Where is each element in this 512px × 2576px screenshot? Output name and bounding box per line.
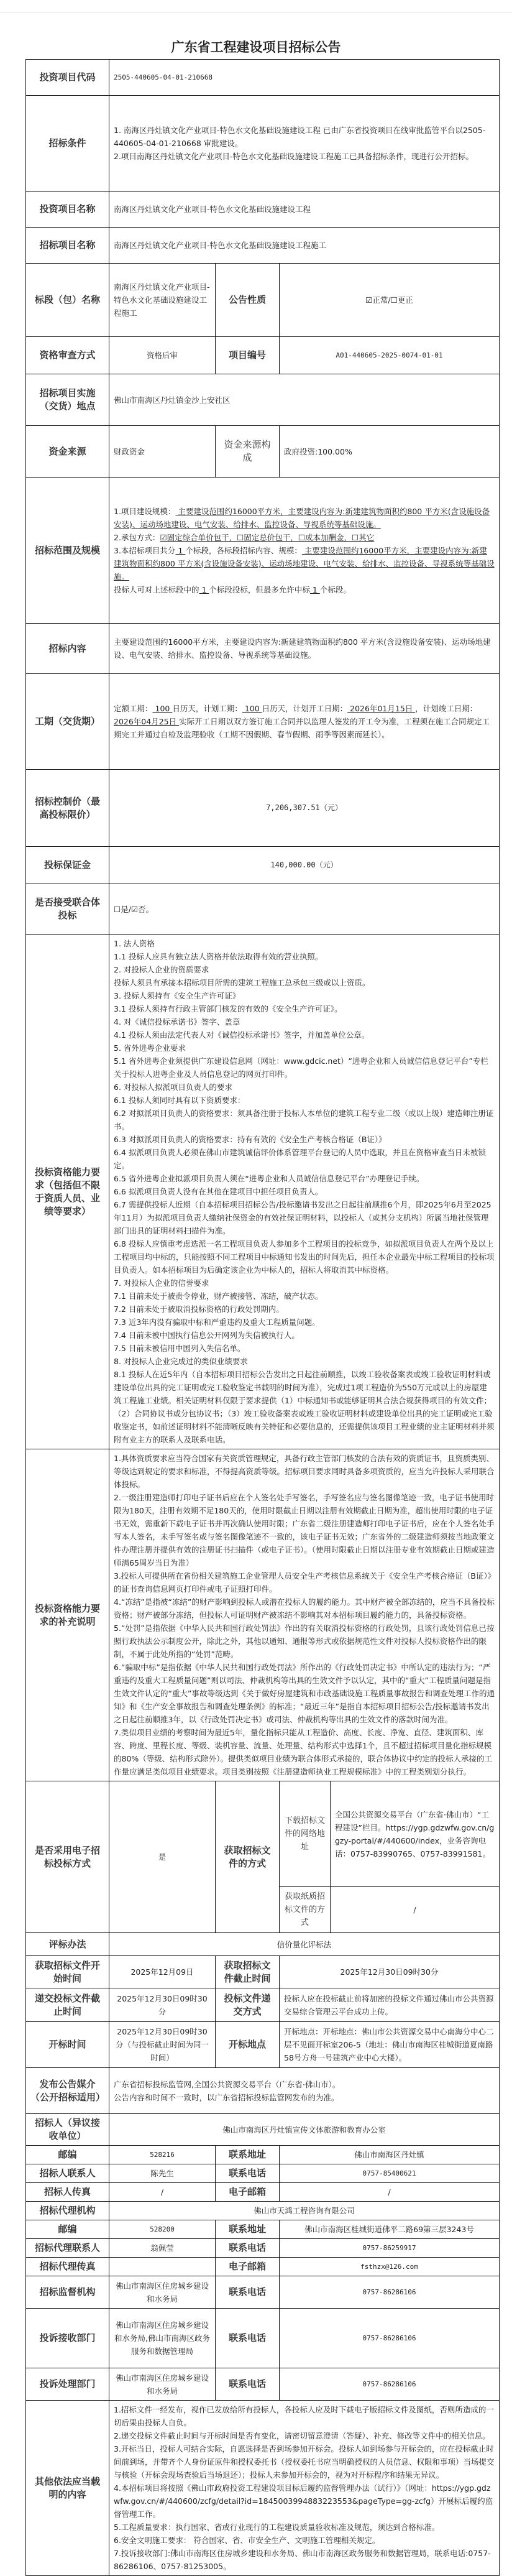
consortium-value: ☐是/☑否。 <box>109 884 500 935</box>
label: 招标人传真 <box>26 2183 109 2202</box>
other-value: 1.招标文件一经发布，视作已发放给所有投标人，各投标人应及时下载电子版招标文件及… <box>109 2401 500 2576</box>
tenderer-value: 佛山市南海区丹灶镇宣传文体旅游和教育办公室 <box>109 2114 500 2146</box>
label: 公告性质 <box>216 264 280 337</box>
notice-nature-value: ☑正常/☐更正 <box>280 264 500 337</box>
agency-fax-value <box>109 2258 216 2276</box>
row-tenderer-fax: 招标人传真 / 电子邮箱 / <box>26 2183 500 2202</box>
opening-time-value: 2025年12月30日09时30分（与投标截止时间为同一时间） <box>109 2022 216 2068</box>
agency-phone-value: 0757-86259917 <box>280 2239 500 2258</box>
download-address-value[interactable]: 全国公共资源交易平台（广东省·佛山市）“工程建设”栏目。https://ygp.… <box>331 1781 500 1887</box>
obtain-end-value: 2025年12月30日09时30分 <box>280 1956 500 1988</box>
row-agency-contact: 招标代理联系人 翁佩莹 联系电话 0757-86259917 <box>26 2239 500 2258</box>
label: 获取招标文件开始时间 <box>26 1956 109 1988</box>
label: 开标地点 <box>216 2022 280 2068</box>
supervisor-value: 佛山市南海区住房城乡建设和水务局 <box>109 2276 216 2309</box>
row-project-code: 投资项目代码 2505-440605-04-01-210668 <box>26 60 500 96</box>
label: 电子邮箱 <box>216 2258 280 2276</box>
label: 评标办法 <box>26 1933 109 1956</box>
row-media: 发布公告媒介（公开招标适用） 广东省招标投标监管网,全国公共资源交易平台（广东省… <box>26 2068 500 2114</box>
evaluation-value: 信价量化评标法 <box>109 1933 500 1956</box>
condition-line: 1. 南海区丹灶镇文化产业项目-特色水文化基础设施建设工程 已由广东省投资项目在… <box>114 124 495 150</box>
review-method-value: 资格后审 <box>109 337 216 374</box>
paper-method-value: / <box>331 1887 500 1933</box>
label: 联系电话 <box>216 2368 280 2401</box>
row-section: 标段（包）名称 南海区丹灶镇文化产业项目-特色水文化基础设施建设工程施工 公告性… <box>26 264 500 337</box>
label: 招标代理机构 <box>26 2202 109 2220</box>
label: 下载招标文件的网络地址 <box>280 1781 331 1887</box>
label: 投资项目名称 <box>26 192 109 228</box>
label: 递交投标文件截止时间 <box>26 1988 109 2022</box>
label: 邮编 <box>26 2146 109 2164</box>
qualification-notes-value: 1.具体资质要求应当符合国家有关资质管理规定，具备行政主管部门核发的合法有效的资… <box>109 1449 500 1781</box>
row-funding: 资金来源 财政资金 资金来源构成 政府投资:100.00% <box>26 426 500 478</box>
agency-postcode-value: 528200 <box>109 2220 216 2239</box>
row-electronic: 是否采用电子招标投标方式 是 获取招标文件的方式 下载招标文件的网络地址 全国公… <box>26 1781 500 1887</box>
label: 联系电话 <box>216 2276 280 2309</box>
label: 招标范围及规模 <box>26 478 109 624</box>
label: 投诉接收部门 <box>26 2309 109 2368</box>
control-price-value: 7,206,307.51（元） <box>109 770 500 847</box>
row-consortium: 是否接受联合体投标 ☐是/☑否。 <box>26 884 500 935</box>
complaint-handle-value: 佛山市南海区住房城乡建设和水务局 <box>109 2368 216 2401</box>
label: 资金来源 <box>26 426 109 478</box>
row-deposit: 投标保证金 140,000.00（元） <box>26 847 500 884</box>
row-tenderer-post: 邮编 528216 联系地址 佛山市南海区丹灶镇 <box>26 2146 500 2164</box>
tenderer-phone-value: 0757-85400621 <box>280 2164 500 2183</box>
funding-structure-value: 政府投资:100.00% <box>280 426 500 478</box>
conditions-value: 1. 南海区丹灶镇文化产业项目-特色水文化基础设施建设工程 已由广东省投资项目在… <box>109 96 500 192</box>
label: 招标项目名称 <box>26 228 109 264</box>
label: 招标人联系人 <box>26 2164 109 2183</box>
row-complaint-receive: 投诉接收部门 佛山市南海区住房城乡建设和水务局,佛山市南海区政务服务和数据管理局… <box>26 2309 500 2368</box>
label: 发布公告媒介（公开招标适用） <box>26 2068 109 2114</box>
label: 招标代理传真 <box>26 2258 109 2276</box>
content-value: 主要建设范围约16000平方米，主要建设内容为:新建建筑物面积约800 平方米(… <box>109 624 500 674</box>
duration-value: 定额工期： 100 日历天，计划工期： 100 日历天，计划开工日期： 2026… <box>109 674 500 770</box>
page-title: 广东省工程建设项目招标公告 <box>0 38 512 57</box>
complaint-receive-value: 佛山市南海区住房城乡建设和水务局,佛山市南海区政务服务和数据管理局 <box>109 2309 216 2368</box>
row-evaluation: 评标办法 信价量化评标法 <box>26 1933 500 1956</box>
label: 联系地址 <box>216 2146 280 2164</box>
section-name-value: 南海区丹灶镇文化产业项目-特色水文化基础设施建设工程施工 <box>109 264 216 337</box>
obtain-start-value: 2025年12月09日 <box>109 1956 216 1988</box>
label: 招标控制价（最高投标限价） <box>26 770 109 847</box>
label: 招标条件 <box>26 96 109 192</box>
row-agency-post: 邮编 528200 联系地址 佛山市南海区桂城街道佛平二路69第三层3243号 <box>26 2220 500 2239</box>
label: 开标时间 <box>26 2022 109 2068</box>
condition-line: 2.项目南海区丹灶镇文化产业项目-特色水文化基础设施建设工程施工已具备招标条件，… <box>114 150 495 163</box>
row-tenderer-contact: 招标人联系人 陈先生 联系电话 0757-85400621 <box>26 2164 500 2183</box>
label: 联系地址 <box>216 2220 280 2239</box>
row-scope: 招标范围及规模 1.项目建设规模： 主要建设范围约16000平方米，主要建设内容… <box>26 478 500 624</box>
funding-value: 财政资金 <box>109 426 216 478</box>
row-review: 资格审查方式 资格后审 项目编号 A01-440605-2025-0074-01… <box>26 337 500 374</box>
row-control-price: 招标控制价（最高投标限价） 7,206,307.51（元） <box>26 770 500 847</box>
label: 投标文件递交方式 <box>216 1988 280 2022</box>
row-qualification-notes: 投标资格能力要求的补充说明 1.具体资质要求应当符合国家有关资质管理规定，具备行… <box>26 1449 500 1781</box>
label: 招标内容 <box>26 624 109 674</box>
label: 资格审查方式 <box>26 337 109 374</box>
row-other: 其他依法应当载明的内容 1.招标文件一经发布，视作已发放给所有投标人，各投标人应… <box>26 2401 500 2576</box>
top-bar <box>0 0 512 13</box>
tender-notice-table: 投资项目代码 2505-440605-04-01-210668 招标条件 1. … <box>25 59 500 2576</box>
row-duration: 工期（交货期） 定额工期： 100 日历天，计划工期： 100 日历天，计划开工… <box>26 674 500 770</box>
agency-contact-value: 翁佩莹 <box>109 2239 216 2258</box>
tenderer-address-value: 佛山市南海区丹灶镇 <box>280 2146 500 2164</box>
submit-method-value: 投标人应在投标截止前将加密的投标文件通过佛山市公共资源交易综合管理云平台成功上传… <box>280 1988 500 2022</box>
row-supervisor: 招标监督机构 佛山市南海区住房城乡建设和水务局 联系电话 0757-862861… <box>26 2276 500 2309</box>
row-submit: 递交投标文件截止时间 2025年12月30日09时30分 投标文件递交方式 投标… <box>26 1988 500 2022</box>
label: 招标项目实施（交货）地点 <box>26 374 109 426</box>
row-tender-name: 招标项目名称 南海区丹灶镇文化产业项目-特色水文化基础设施建设工程施工 <box>26 228 500 264</box>
label: 联系电话 <box>216 2309 280 2368</box>
row-complaint-handle: 投诉处理部门 佛山市南海区住房城乡建设和水务局 联系电话 0757-862861… <box>26 2368 500 2401</box>
label: 获取纸质招标文件的方式 <box>280 1887 331 1933</box>
label: 工期（交货期） <box>26 674 109 770</box>
label: 电子邮箱 <box>216 2183 280 2202</box>
row-content: 招标内容 主要建设范围约16000平方米，主要建设内容为:新建建筑物面积约800… <box>26 624 500 674</box>
row-conditions: 招标条件 1. 南海区丹灶镇文化产业项目-特色水文化基础设施建设工程 已由广东省… <box>26 96 500 192</box>
label: 投标资格能力要求（包括但不限于资质人员、业绩等要求） <box>26 935 109 1449</box>
supervisor-phone-value: 0757-86286106 <box>280 2276 500 2309</box>
location-value: 佛山市南海区丹灶镇金沙上安社区 <box>109 374 500 426</box>
complaint-receive-phone-value: 0757-86286106 <box>280 2309 500 2368</box>
project-name-value: 南海区丹灶镇文化产业项目-特色水文化基础设施建设工程 <box>109 192 500 228</box>
label: 投资项目代码 <box>26 60 109 96</box>
label: 投标保证金 <box>26 847 109 884</box>
label: 是否接受联合体投标 <box>26 884 109 935</box>
project-number-value: A01-440605-2025-0074-01-01 <box>280 337 500 374</box>
deposit-value: 140,000.00（元） <box>109 847 500 884</box>
row-obtain: 获取招标文件开始时间 2025年12月09日 获取招标文件截止时间 2025年1… <box>26 1956 500 1988</box>
row-agency-fax: 招标代理传真 电子邮箱 fsthzx@126.com <box>26 2258 500 2276</box>
opening-place-value: 开标地点：开标地点：佛山市公共资源交易中心南海分中心二层不见面开标室206-5（… <box>280 2022 500 2068</box>
label: 获取招标文件截止时间 <box>216 1956 280 1988</box>
agency-value: 佛山市天鸿工程咨询有限公司 <box>109 2202 500 2220</box>
tenderer-postcode-value: 528216 <box>109 2146 216 2164</box>
label: 投标资格能力要求的补充说明 <box>26 1449 109 1781</box>
agency-email-value[interactable]: fsthzx@126.com <box>280 2258 500 2276</box>
label: 获取招标文件的方式 <box>216 1781 280 1933</box>
row-location: 招标项目实施（交货）地点 佛山市南海区丹灶镇金沙上安社区 <box>26 374 500 426</box>
row-agency: 招标代理机构 佛山市天鸿工程咨询有限公司 <box>26 2202 500 2220</box>
complaint-handle-phone-value: 0757-86286106 <box>280 2368 500 2401</box>
tender-name-value: 南海区丹灶镇文化产业项目-特色水文化基础设施建设工程施工 <box>109 228 500 264</box>
label: 招标代理联系人 <box>26 2239 109 2258</box>
tenderer-email-value: / <box>280 2183 500 2202</box>
tenderer-contact-value: 陈先生 <box>109 2164 216 2183</box>
tenderer-fax-value: / <box>109 2183 216 2202</box>
label: 是否采用电子招标投标方式 <box>26 1781 109 1933</box>
label: 招标人（异议接收单位） <box>26 2114 109 2146</box>
label: 资金来源构成 <box>216 426 280 478</box>
project-code-value: 2505-440605-04-01-210668 <box>109 60 500 96</box>
label: 招标监督机构 <box>26 2276 109 2309</box>
media-value: 广东省招标投标监管网,全国公共资源交易平台（广东省·佛山市）。 公告内容和时间不… <box>109 2068 500 2114</box>
electronic-value: 是 <box>109 1781 216 1933</box>
submit-deadline-value: 2025年12月30日09时30分 <box>109 1988 216 2022</box>
agency-address-value: 佛山市南海区桂城街道佛平二路69第三层3243号 <box>280 2220 500 2239</box>
scope-value: 1.项目建设规模： 主要建设范围约16000平方米，主要建设内容为:新建建筑物面… <box>109 478 500 624</box>
label: 邮编 <box>26 2220 109 2239</box>
qualification-value: 1. 法人资格 1.1 投标人应具有独立法人资格并依法取得有效的营业执照。 2.… <box>109 935 500 1449</box>
label: 联系电话 <box>216 2239 280 2258</box>
row-tenderer: 招标人（异议接收单位） 佛山市南海区丹灶镇宣传文体旅游和教育办公室 <box>26 2114 500 2146</box>
row-opening: 开标时间 2025年12月30日09时30分（与投标截止时间为同一时间） 开标地… <box>26 2022 500 2068</box>
label: 项目编号 <box>216 337 280 374</box>
row-qualification: 投标资格能力要求（包括但不限于资质人员、业绩等要求） 1. 法人资格 1.1 投… <box>26 935 500 1449</box>
label: 投诉处理部门 <box>26 2368 109 2401</box>
label: 标段（包）名称 <box>26 264 109 337</box>
label: 联系电话 <box>216 2164 280 2183</box>
label: 其他依法应当载明的内容 <box>26 2401 109 2576</box>
row-project-name: 投资项目名称 南海区丹灶镇文化产业项目-特色水文化基础设施建设工程 <box>26 192 500 228</box>
